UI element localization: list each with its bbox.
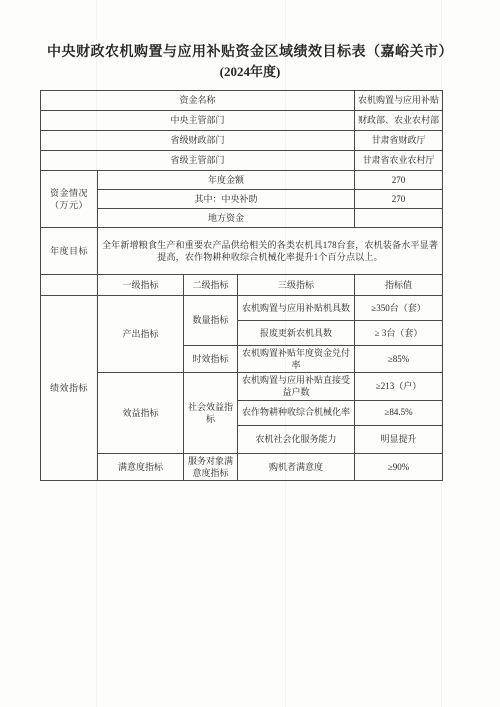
document-title: 中央财政农机购置与应用补贴资金区域绩效目标表（嘉峪关市） (2024年度): [0, 44, 500, 81]
prov-admin-dept-value: 甘肃省农业农村厅: [355, 151, 443, 171]
machines-subsidized-label: 农机购置与应用补贴机具数: [238, 296, 355, 321]
indicator-header-level3: 三级指标: [238, 275, 355, 296]
title-line-1: 中央财政农机购置与应用补贴资金区域绩效目标表（嘉峪关市）: [0, 44, 500, 62]
local-funds-value: [355, 209, 443, 228]
timeliness-indicator-label: 时效指标: [184, 346, 238, 373]
table-row: 效益指标 社会效益指标 农机购置与应用补贴直接受益户数 ≥213（户）: [41, 373, 443, 400]
table-row: 资金情况 （万元） 年度金额 270: [41, 171, 443, 190]
table-row: 满意度指标 服务对象满意度指标 购机者满意度 ≥90%: [41, 453, 443, 480]
table-row: 资金名称 农机购置与应用补贴: [41, 91, 443, 111]
prov-admin-dept-label: 省级主管部门: [41, 151, 355, 171]
central-subsidy-label: 其中：中央补助: [98, 190, 355, 209]
buyer-satisfaction-label: 购机者满意度: [238, 453, 355, 480]
socialized-service-label: 农机社会化服务能力: [238, 425, 355, 453]
funding-label-line1: 资金情况: [44, 187, 94, 199]
social-benefit-indicator-label: 社会效益指标: [184, 373, 238, 453]
indicator-header-value: 指标值: [355, 275, 443, 296]
scrapped-machines-label: 报废更新农机具数: [238, 321, 355, 346]
table-row: 其中：中央补助 270: [41, 190, 443, 209]
indicator-header-blank: [41, 275, 98, 296]
funding-label-line2: （万元）: [44, 199, 94, 211]
buyer-satisfaction-value: ≥90%: [355, 453, 443, 480]
table-row: 地方资金: [41, 209, 443, 228]
fund-payment-rate-value: ≥85%: [355, 346, 443, 373]
indicator-header-level1: 一级指标: [98, 275, 184, 296]
annual-amount-label: 年度金额: [98, 171, 355, 190]
indicator-header-level2: 二级指标: [184, 275, 238, 296]
central-subsidy-value: 270: [355, 190, 443, 209]
machines-subsidized-value: ≥350台（套）: [355, 296, 443, 321]
annual-goal-text: 全年新增粮食生产和重要农产品供给相关的各类农机具178台套，农机装备水平显著提高…: [98, 228, 443, 275]
output-indicator-label: 产出指标: [98, 296, 184, 373]
quantity-indicator-label: 数量指标: [184, 296, 238, 346]
performance-section-label: 绩效指标: [41, 296, 98, 481]
prov-finance-dept-value: 甘肃省财政厅: [355, 131, 443, 151]
fund-name-value: 农机购置与应用补贴: [355, 91, 443, 111]
fund-name-label: 资金名称: [41, 91, 355, 111]
fund-payment-rate-label: 农机购置补贴年度资金兑付率: [238, 346, 355, 373]
beneficiary-households-label: 农机购置与应用补贴直接受益户数: [238, 373, 355, 400]
funding-section-label: 资金情况 （万元）: [41, 171, 98, 228]
table-row: 年度目标 全年新增粮食生产和重要农产品供给相关的各类农机具178台套，农机装备水…: [41, 228, 443, 275]
central-dept-value: 财政部、农业农村部: [355, 111, 443, 131]
table-row: 中央主管部门 财政部、农业农村部: [41, 111, 443, 131]
table-row: 绩效指标 产出指标 数量指标 农机购置与应用补贴机具数 ≥350台（套）: [41, 296, 443, 321]
beneficiary-households-value: ≥213（户）: [355, 373, 443, 400]
mechanization-rate-value: ≥84.5%: [355, 400, 443, 425]
table-row: 一级指标 二级指标 三级指标 指标值: [41, 275, 443, 296]
prov-finance-dept-label: 省级财政部门: [41, 131, 355, 151]
annual-goal-label: 年度目标: [41, 228, 98, 275]
table-row: 省级财政部门 甘肃省财政厅: [41, 131, 443, 151]
annual-amount-value: 270: [355, 171, 443, 190]
scanned-document-page: 中央财政农机购置与应用补贴资金区域绩效目标表（嘉峪关市） (2024年度) 资金…: [0, 0, 500, 707]
title-line-2: (2024年度): [0, 63, 500, 81]
service-target-satisfaction-label: 服务对象满意度指标: [184, 453, 238, 480]
central-dept-label: 中央主管部门: [41, 111, 355, 131]
benefit-indicator-label: 效益指标: [98, 373, 184, 453]
scrapped-machines-value: ≥ 3台（套）: [355, 321, 443, 346]
satisfaction-indicator-label: 满意度指标: [98, 453, 184, 480]
mechanization-rate-label: 农作物耕种收综合机械化率: [238, 400, 355, 425]
socialized-service-value: 明显提升: [355, 425, 443, 453]
local-funds-label: 地方资金: [98, 209, 355, 228]
performance-target-table: 资金名称 农机购置与应用补贴 中央主管部门 财政部、农业农村部 省级财政部门 甘…: [40, 90, 443, 481]
table-row: 省级主管部门 甘肃省农业农村厅: [41, 151, 443, 171]
